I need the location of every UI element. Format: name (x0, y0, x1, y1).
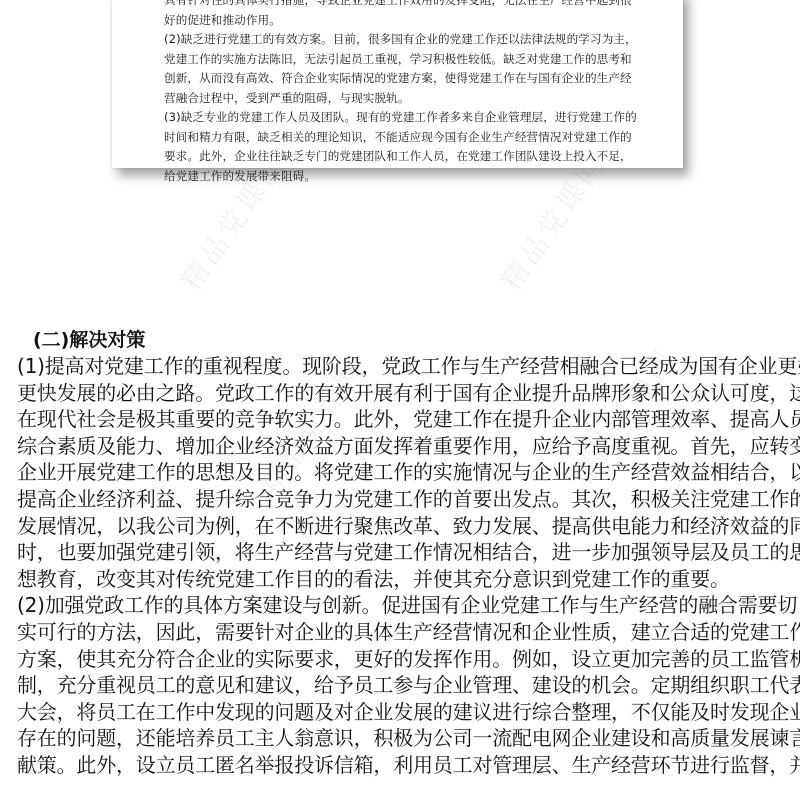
body-line: 方案，使其充分符合企业的实际要求，更好的发挥作用。例如，设立更加完善的员工监管机 (17, 646, 800, 673)
body-line: 想教育，改变其对传统党建工作目的的看法，并使其充分意识到党建工作的重要。 (17, 566, 800, 593)
body-line: 更快发展的必由之路。党政工作的有效开展有利于国有企业提升品牌形象和公众认可度，这 (17, 380, 800, 407)
body-line: 存在的问题，还能培养员工主人翁意识，积极为公司一流配电网企业建设和高质量发展谏言 (17, 725, 800, 752)
body-line: 实可行的方法，因此，需要针对企业的具体生产经营情况和企业性质，建立合适的党建工作 (17, 619, 800, 646)
body-line: 发展情况，以我公司为例，在不断进行聚焦改革、致力发展、提高供电能力和经济效益的同 (17, 513, 800, 540)
card-line: 具有针对性的具体实行措施，导致企业党建工作效用的发挥受阻，无法在生产经营中起到很 (164, 0, 683, 11)
card-line: 要求。此外，企业往往缺乏专门的党建团队和工作人员，在党建工作团队建设上投入不足， (164, 147, 683, 167)
card-text-block: 具有针对性的具体实行措施，导致企业党建工作效用的发挥受阻，无法在生产经营中起到很… (164, 0, 683, 186)
card-line: (2)缺乏进行党建工的有效方案。目前，很多国有企业的党建工作还以法律法规的学习为… (164, 30, 683, 50)
body-line: 制，充分重视员工的意见和建议，给予员工参与企业管理、建设的机会。定期组织职工代表 (17, 672, 800, 699)
card-line: (3)缺乏专业的党建工作人员及团队。现有的党建工作者多来自企业管理层，进行党建工… (164, 108, 683, 128)
card-line: 好的促进和推动作用。 (164, 11, 683, 31)
section-heading: (二)解决对策 (17, 327, 800, 353)
body-line: (2)加强党政工作的具体方案建设与创新。促进国有企业党建工作与生产经营的融合需要… (17, 592, 800, 619)
body-line: 综合素质及能力、增加企业经济效益方面发挥着重要作用，应给予高度重视。首先，应转变 (17, 433, 800, 460)
card-line: 时间和精力有限，缺乏相关的理论知识，不能适应现今国有企业生产经营情况对党建工作的 (164, 128, 683, 148)
body-line: 大会，将员工在工作中发现的问题及对企业发展的建议进行综合整理，不仅能及时发现企业 (17, 699, 800, 726)
body-line: 时，也要加强党建引领，将生产经营与党建工作情况相结合，进一步加强领导层及员工的思 (17, 539, 800, 566)
card-line: 创新，从而没有高效、符合企业实际情况的党建方案，使得党建工作在与国有企业的生产经 (164, 69, 683, 89)
body-line: 提高企业经济利益、提升综合竞争力为党建工作的首要出发点。其次，积极关注党建工作的 (17, 486, 800, 513)
card-line: 营融合过程中，受到严重的阻碍，与现实脱轨。 (164, 89, 683, 109)
body-line: (1)提高对党建工作的重视程度。现阶段，党政工作与生产经营相融合已经成为国有企业… (17, 353, 800, 380)
body-line: 企业开展党建工作的思想及目的。将党建工作的实施情况与企业的生产经营效益相结合，以 (17, 459, 800, 486)
main-document-body: (二)解决对策 (1)提高对党建工作的重视程度。现阶段，党政工作与生产经营相融合… (17, 327, 800, 779)
card-line: 党建工作的实施方法陈旧，无法引起员工重视，学习积极性较低。缺乏对党建工作的思考和 (164, 50, 683, 70)
card-line: 给党建工作的发展带来阻碍。 (164, 167, 683, 187)
body-line: 献策。此外，设立员工匿名举报投诉信箱，利用员工对管理层、生产经营环节进行监督，并 (17, 752, 800, 779)
body-line: 在现代社会是极其重要的竞争软实力。此外，党建工作在提升企业内部管理效率、提高人员 (17, 406, 800, 433)
embedded-page-card: 具有针对性的具体实行措施，导致企业党建工作效用的发挥受阻，无法在生产经营中起到很… (112, 0, 683, 168)
